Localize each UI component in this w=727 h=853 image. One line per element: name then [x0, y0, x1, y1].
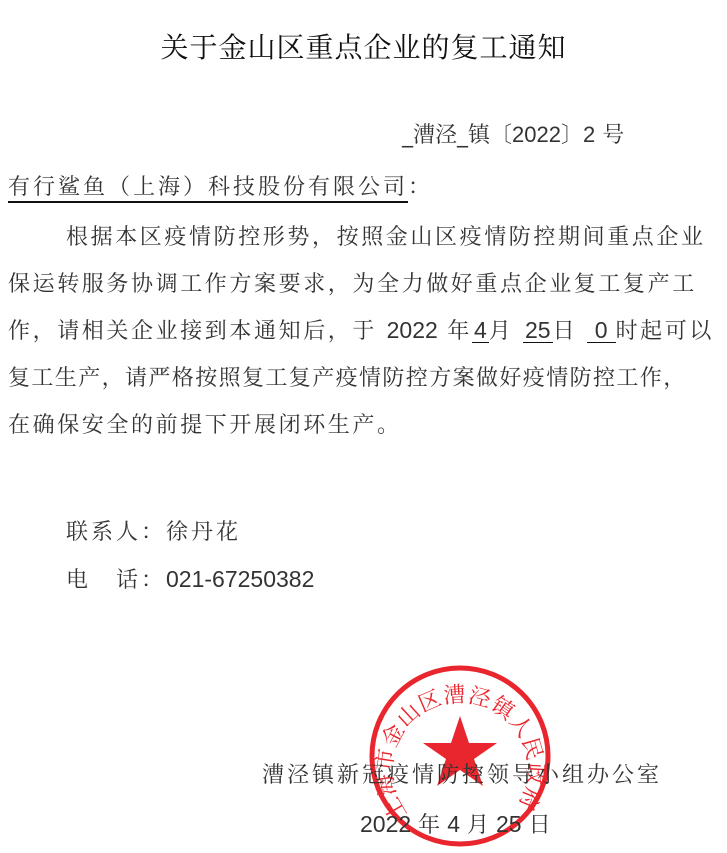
doc-number-bracket-open: 〔 [490, 123, 512, 148]
sign-year: 2022 [360, 811, 411, 837]
doc-number-blank: _ [402, 123, 413, 148]
resume-hour: 0 [587, 319, 616, 343]
contact-phone: 电 话：021-67250382 [66, 563, 314, 594]
contact-phone-number: 021-67250382 [166, 566, 314, 592]
sign-day-unit: 日 [529, 813, 551, 838]
issuer-name: 漕泾镇新冠疫情防控领导小组办公室 [262, 758, 662, 789]
doc-number-blank: _ [457, 123, 468, 148]
resume-year: 2022 [387, 317, 438, 343]
document-title: 关于金山区重点企业的复工通知 [0, 26, 727, 66]
contact-phone-label: 电 话： [66, 568, 166, 593]
sign-month: 4 [447, 811, 460, 837]
signature-date: 2022 年 4 月 25 日 [360, 808, 551, 839]
body-text: 作，请相关企业接到本通知后，于 [8, 319, 377, 344]
body-paragraph-line: 作，请相关企业接到本通知后，于 2022 年4月 25日 0时起可以 [8, 314, 714, 345]
doc-number-value: 2 [583, 122, 595, 147]
resume-day: 25 [523, 319, 553, 343]
body-paragraph-line: 在确保安全的前提下开展闭环生产。 [8, 408, 402, 439]
sign-year-unit: 年 [418, 813, 440, 838]
year-unit: 年 [447, 319, 472, 344]
doc-number-bracket-close: 〕 [561, 123, 583, 148]
contact-person-name: 徐丹花 [166, 520, 241, 545]
doc-number-suffix: 镇 [468, 123, 490, 148]
document-number: _漕泾_镇〔2022〕2 号 [402, 118, 624, 149]
body-text: 时起可以 [616, 319, 714, 344]
doc-number-year: 2022 [512, 122, 561, 147]
recipient-colon: ： [408, 175, 433, 200]
sign-day: 25 [496, 811, 522, 837]
doc-number-town: 漕泾 [413, 123, 457, 148]
doc-number-unit: 号 [602, 123, 624, 148]
sign-month-unit: 月 [467, 813, 489, 838]
day-unit: 日 [553, 319, 578, 344]
recipient-name: 有行鲨鱼（上海）科技股份有限公司 [8, 175, 408, 203]
month-unit: 月 [489, 319, 514, 344]
body-paragraph-line: 保运转服务协调工作方案要求，为全力做好重点企业复工复产工 [8, 267, 697, 298]
recipient-line: 有行鲨鱼（上海）科技股份有限公司： [8, 170, 433, 201]
resume-month: 4 [472, 319, 489, 343]
contact-person-label: 联系人： [66, 520, 166, 545]
body-paragraph-line: 复工生产，请严格按照复工复产疫情防控方案做好疫情防控工作， [8, 361, 687, 392]
contact-person: 联系人：徐丹花 [66, 515, 241, 546]
body-paragraph-line: 根据本区疫情防控形势，按照金山区疫情防控期间重点企业 [66, 220, 706, 251]
